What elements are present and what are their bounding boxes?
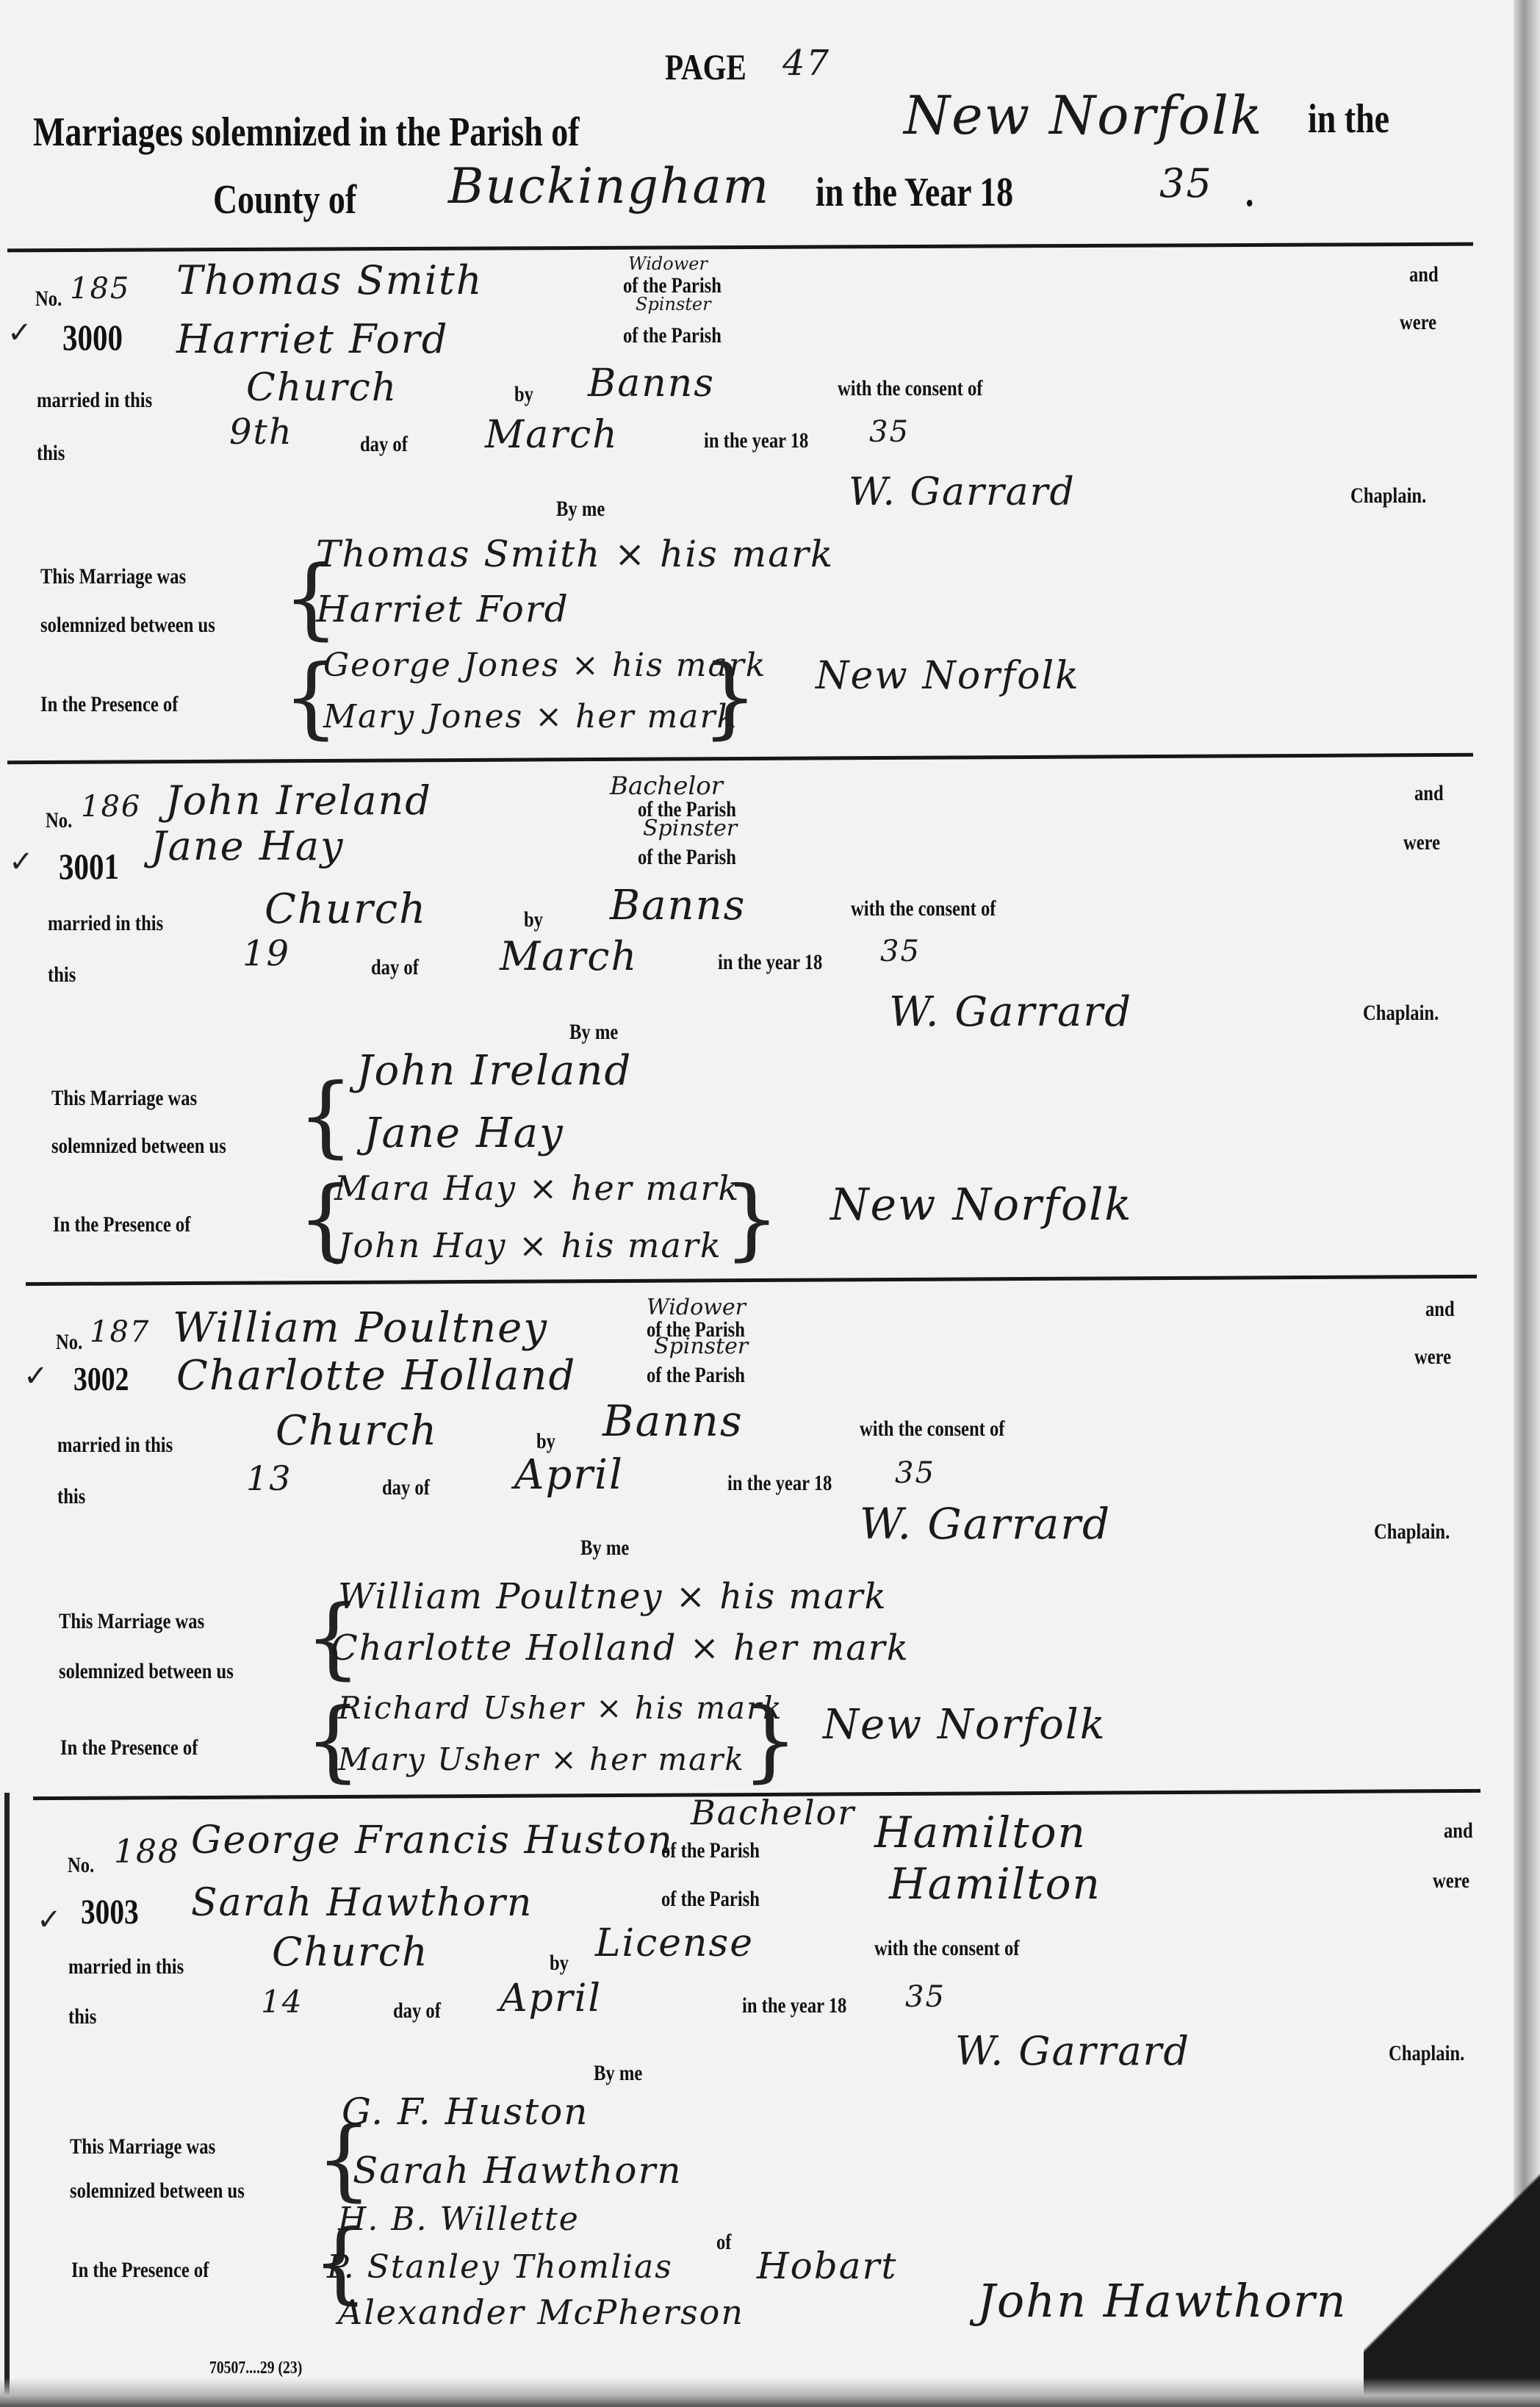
- chaplain-label: Chaplain.: [1363, 1001, 1439, 1026]
- solemnized-between-label: solemnized between us: [40, 613, 215, 638]
- marriage-by: Banns: [602, 1396, 744, 1446]
- by-label: by: [514, 382, 533, 407]
- by-label: by: [550, 1951, 569, 1976]
- marriage-day: 9th: [229, 411, 293, 453]
- book-edge: [1514, 0, 1540, 2407]
- consent-label: with the consent of: [874, 1936, 1019, 1961]
- title-line2-mid: in the Year 18: [816, 169, 1013, 216]
- witness-2: Mary Jones × her mark: [323, 698, 738, 735]
- officiant-signature: W. Garrard: [955, 2028, 1190, 2074]
- by-me-label: By me: [556, 497, 605, 522]
- title-line2-end: .: [1245, 169, 1253, 216]
- chaplain-label: Chaplain.: [1374, 1519, 1450, 1544]
- county-name: Buckingham: [448, 158, 770, 215]
- entry-no: 186: [81, 790, 141, 824]
- marriage-month: March: [500, 933, 638, 979]
- bride-parish-label: of the Parish: [623, 323, 722, 348]
- married-in-label: married in this: [57, 1433, 173, 1458]
- witness-1: H. B. Willette: [338, 2201, 580, 2238]
- marriage-day: 19: [242, 933, 290, 974]
- marriage-by: Banns: [588, 361, 715, 406]
- entry-divider: [7, 753, 1473, 764]
- marriage-year: 35: [895, 1456, 935, 1490]
- this-marriage-label: This Marriage was: [40, 564, 186, 589]
- groom-signature: William Poultney × his mark: [338, 1576, 888, 1617]
- witness-place: New Norfolk: [816, 654, 1080, 698]
- entry-no: 187: [90, 1315, 150, 1349]
- married-in-label: married in this: [68, 1954, 184, 1979]
- bride-status: Spinster: [643, 816, 737, 841]
- this-label: this: [57, 1484, 85, 1509]
- groom-status: Widower: [628, 253, 708, 274]
- groom-status: Widower: [647, 1295, 746, 1320]
- header-divider: [7, 242, 1473, 253]
- bride-parish-label: of the Parish: [661, 1887, 760, 1912]
- entry-no: 188: [114, 1833, 180, 1871]
- chaplain-label: Chaplain.: [1389, 2041, 1464, 2066]
- witness-2: John Hay × his mark: [338, 1226, 722, 1265]
- title-line1-suffix: in the: [1308, 96, 1389, 143]
- this-marriage-label: This Marriage was: [51, 1086, 197, 1111]
- groom-signature: Thomas Smith × his mark: [316, 533, 834, 575]
- title-line2-prefix: County of: [213, 176, 356, 223]
- witness-of-label: of: [716, 2230, 732, 2255]
- witness-1: Mara Hay × her mark: [334, 1168, 740, 1208]
- by-me-label: By me: [594, 2061, 642, 2086]
- marriage-day: 13: [246, 1458, 292, 1498]
- page-number: 47: [782, 43, 830, 84]
- year-label: in the year 18: [727, 1471, 832, 1496]
- marriage-place: Church: [276, 1407, 438, 1455]
- title-line1-prefix: Marriages solemnized in the Parish of: [33, 109, 580, 156]
- day-of-label: day of: [371, 955, 419, 980]
- day-of-label: day of: [382, 1475, 430, 1500]
- groom-signature: G. F. Huston: [342, 2090, 589, 2133]
- witness-place: Hobart: [757, 2245, 898, 2287]
- marriage-place: Church: [246, 366, 397, 410]
- marriage-place: Church: [265, 885, 427, 933]
- year-label: in the year 18: [704, 428, 808, 453]
- brace: }: [702, 647, 758, 749]
- binding-edge: [4, 1793, 10, 2407]
- day-of-label: day of: [393, 1998, 441, 2023]
- marriage-place: Church: [272, 1929, 429, 1975]
- bride-signature: Charlotte Holland × her mark: [331, 1627, 910, 1669]
- entry-no-label: No.: [35, 287, 62, 312]
- by-label: by: [536, 1429, 555, 1454]
- corner-shadow: [1364, 2157, 1540, 2407]
- and-label: and: [1414, 781, 1444, 806]
- by-me-label: By me: [569, 1020, 618, 1045]
- bride-name: Charlotte Holland: [176, 1352, 576, 1400]
- solemnized-between-label: solemnized between us: [59, 1659, 234, 1684]
- bride-signature: Jane Hay: [364, 1109, 564, 1157]
- year-label: in the year 18: [742, 1993, 846, 2018]
- marriage-day: 14: [261, 1984, 303, 2020]
- check-mark-icon: ✓: [37, 1903, 62, 1937]
- register-number: 3002: [73, 1359, 129, 1398]
- witness-2: P. Stanley Thomlias: [327, 2248, 673, 2286]
- groom-name: George Francis Huston: [191, 1818, 674, 1863]
- consent-label: with the consent of: [838, 376, 982, 401]
- this-marriage-label: This Marriage was: [70, 2134, 215, 2159]
- check-mark-icon: ✓: [7, 316, 32, 350]
- and-label: and: [1409, 262, 1439, 287]
- chaplain-label: Chaplain.: [1350, 483, 1426, 508]
- officiant-signature: W. Garrard: [860, 1499, 1111, 1549]
- consent-label: with the consent of: [851, 896, 996, 921]
- bride-parish-label: of the Parish: [638, 845, 736, 870]
- entry-no: 185: [70, 272, 130, 306]
- parish-name: New Norfolk: [904, 84, 1264, 146]
- marriage-year: 35: [880, 935, 921, 968]
- bride-signature: Harriet Ford: [316, 588, 569, 630]
- entry-no-label: No.: [68, 1853, 94, 1878]
- officiant-signature: W. Garrard: [889, 988, 1132, 1036]
- bride-parish-label: of the Parish: [647, 1363, 745, 1388]
- year-label: in the year 18: [718, 950, 822, 975]
- witness-2: Mary Usher × her mark: [338, 1741, 745, 1777]
- witness-place: New Norfolk: [830, 1179, 1133, 1231]
- day-of-label: day of: [360, 432, 408, 457]
- groom-status: Bachelor: [610, 771, 723, 801]
- brace: {: [298, 1065, 353, 1167]
- this-label: this: [48, 963, 76, 987]
- groom-parish-label: of the Parish: [661, 1838, 760, 1863]
- were-label: were: [1400, 310, 1436, 335]
- and-label: and: [1425, 1297, 1455, 1322]
- bride-name: Harriet Ford: [176, 316, 448, 362]
- marriage-month: April: [500, 1976, 602, 2021]
- title-year-suffix: 35: [1159, 160, 1213, 206]
- presence-label: In the Presence of: [53, 1212, 190, 1237]
- groom-name: William Poultney: [173, 1304, 548, 1352]
- check-mark-icon: ✓: [9, 845, 34, 879]
- entry-no-label: No.: [46, 808, 72, 833]
- bride-parish: Hamilton: [889, 1859, 1101, 1909]
- extra-signature: John Hawthorn: [977, 2274, 1347, 2328]
- marriage-by: Banns: [610, 882, 746, 929]
- witness-place: New Norfolk: [823, 1701, 1107, 1749]
- marriage-year: 35: [869, 415, 910, 449]
- page-label: PAGE: [665, 46, 746, 88]
- presence-label: In the Presence of: [60, 1735, 198, 1760]
- witness-1: Richard Usher × his mark: [338, 1690, 783, 1726]
- presence-label: In the Presence of: [71, 2258, 209, 2283]
- bride-status: Spinster: [636, 294, 711, 314]
- married-in-label: married in this: [37, 388, 152, 413]
- register-number: 3003: [81, 1892, 139, 1932]
- groom-name: Thomas Smith: [176, 257, 483, 303]
- marriage-by: License: [595, 1921, 754, 1965]
- brace: }: [724, 1168, 780, 1270]
- this-marriage-label: This Marriage was: [59, 1609, 204, 1634]
- brace: }: [742, 1690, 798, 1792]
- register-page: PAGE 47 Marriages solemnized in the Pari…: [0, 0, 1514, 2407]
- witness-3: Alexander McPherson: [338, 2292, 744, 2332]
- marriage-month: March: [485, 413, 619, 457]
- officiant-signature: W. Garrard: [849, 470, 1076, 514]
- were-label: were: [1403, 830, 1440, 855]
- by-label: by: [524, 907, 543, 932]
- entry-no-label: No.: [56, 1330, 82, 1355]
- check-mark-icon: ✓: [24, 1359, 48, 1393]
- this-label: this: [37, 441, 65, 466]
- groom-name: John Ireland: [165, 777, 432, 824]
- groom-signature: John Ireland: [356, 1047, 632, 1095]
- presence-label: In the Presence of: [40, 692, 178, 717]
- were-label: were: [1433, 1868, 1469, 1893]
- bride-status: Spinster: [654, 1334, 748, 1359]
- bride-name: Jane Hay: [151, 823, 345, 869]
- this-label: this: [68, 2004, 96, 2029]
- groom-parish: Hamilton: [874, 1807, 1087, 1857]
- solemnized-between-label: solemnized between us: [51, 1134, 226, 1159]
- register-number: 3000: [62, 316, 123, 359]
- register-number: 3001: [59, 845, 119, 888]
- marriage-month: April: [514, 1451, 624, 1499]
- bride-name: Sarah Hawthorn: [191, 1881, 533, 1925]
- entry-divider: [26, 1275, 1477, 1286]
- witness-1: George Jones × his mark: [323, 647, 766, 684]
- were-label: were: [1414, 1345, 1451, 1370]
- groom-status: Bachelor: [691, 1793, 855, 1832]
- solemnized-between-label: solemnized between us: [70, 2178, 245, 2203]
- form-print-code: 70507....29 (23): [209, 2359, 302, 2378]
- bride-signature: Sarah Hawthorn: [353, 2149, 683, 2192]
- bottom-shadow: [0, 2378, 1540, 2407]
- married-in-label: married in this: [48, 911, 163, 936]
- and-label: and: [1444, 1818, 1473, 1843]
- marriage-year: 35: [905, 1980, 946, 2014]
- by-me-label: By me: [580, 1536, 629, 1561]
- consent-label: with the consent of: [860, 1417, 1004, 1442]
